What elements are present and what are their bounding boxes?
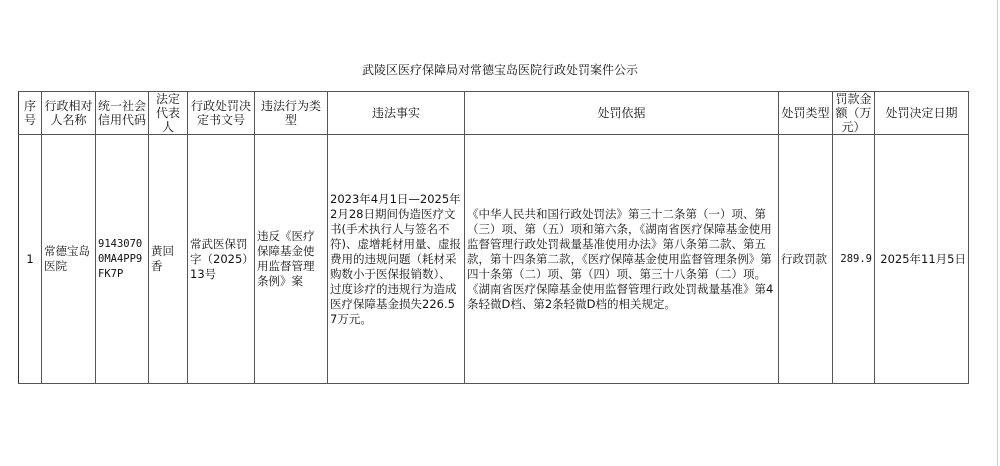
- header-decision-date: 处罚决定日期: [875, 92, 969, 135]
- table-row: 1 常德宝岛医院 91430700MA4PP9FK7P 黄回香 常武医保罚字（2…: [19, 135, 969, 384]
- cell-basis: 《中华人民共和国行政处罚法》第三十二条第（一）项、第（三）项、第（五）项和第六条…: [465, 135, 779, 384]
- header-basis: 处罚依据: [465, 92, 779, 135]
- header-penalty-type: 处罚类型: [779, 92, 833, 135]
- cell-decision-no: 常武医保罚字（2025）13号: [188, 135, 255, 384]
- penalty-disclosure-table: 序号 行政相对人名称 统一社会信用代码 法定代表人 行政处罚决定书文号 违法行为…: [18, 91, 969, 384]
- header-facts: 违法事实: [328, 92, 465, 135]
- header-violation-type: 违法行为类型: [255, 92, 328, 135]
- cell-facts: 2023年4月1日—2025年2月28日期间伪造医疗文书(手术执行人与签名不符)…: [328, 135, 465, 384]
- cell-credit-code: 91430700MA4PP9FK7P: [96, 135, 149, 384]
- cell-legal-rep: 黄回香: [149, 135, 188, 384]
- header-amount: 罚款金额（万元）: [833, 92, 875, 135]
- header-decision-no: 行政处罚决定书文号: [188, 92, 255, 135]
- header-legal-rep: 法定代表人: [149, 92, 188, 135]
- cell-penalty-type: 行政罚款: [779, 135, 833, 384]
- table-header-row: 序号 行政相对人名称 统一社会信用代码 法定代表人 行政处罚决定书文号 违法行为…: [19, 92, 969, 135]
- cell-party-name: 常德宝岛医院: [42, 135, 96, 384]
- document-title: 武陵区医疗保障局对常德宝岛医院行政处罚案件公示: [0, 62, 1000, 78]
- header-credit-code: 统一社会信用代码: [96, 92, 149, 135]
- cell-index: 1: [19, 135, 42, 384]
- cell-amount: 289.9: [833, 135, 875, 384]
- header-index: 序号: [19, 92, 42, 135]
- header-party-name: 行政相对人名称: [42, 92, 96, 135]
- cell-violation-type: 违反《医疗保障基金使用监督管理条例》案: [255, 135, 328, 384]
- cell-decision-date: 2025年11月5日: [875, 135, 969, 384]
